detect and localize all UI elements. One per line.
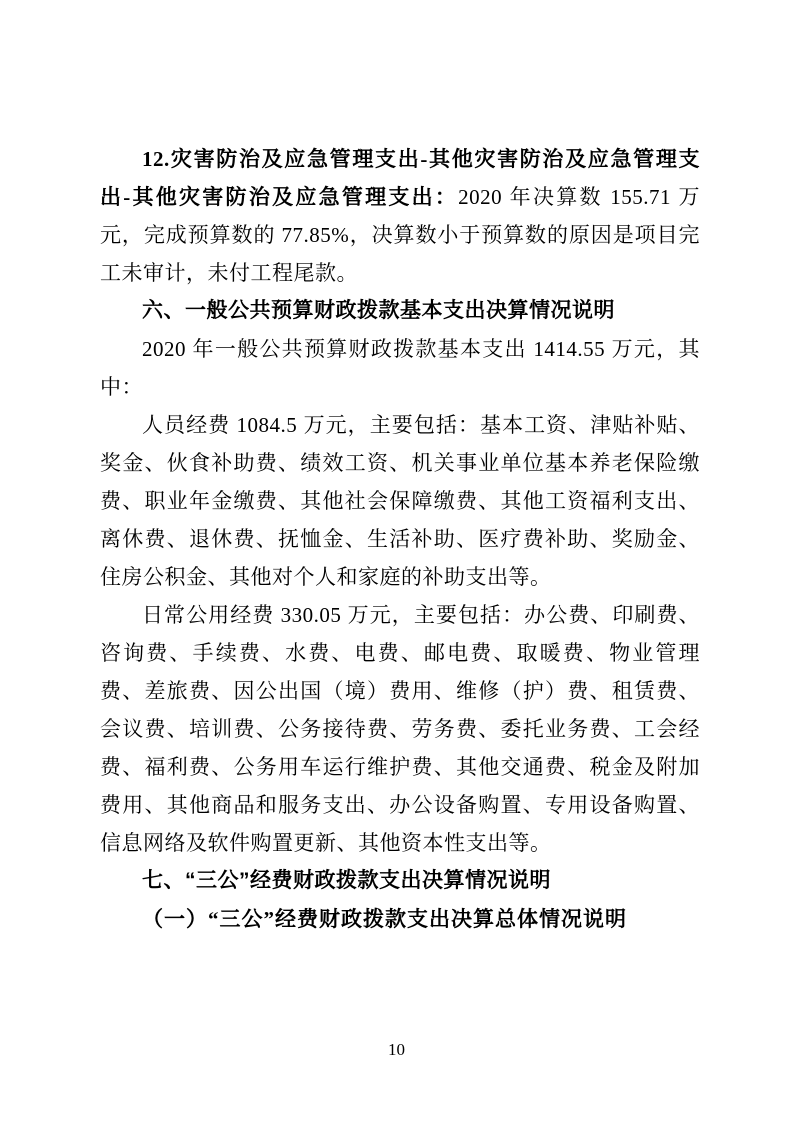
paragraph-item-12: 12.灾害防治及应急管理支出-其他灾害防治及应急管理支出-其他灾害防治及应急管理… — [100, 140, 700, 292]
document-body: 12.灾害防治及应急管理支出-其他灾害防治及应急管理支出-其他灾害防治及应急管理… — [100, 140, 700, 938]
document-page: 12.灾害防治及应急管理支出-其他灾害防治及应急管理支出-其他灾害防治及应急管理… — [0, 0, 793, 1122]
section-heading-7: 七、“三公”经费财政拨款支出决算情况说明 — [100, 862, 700, 900]
paragraph-daily-public-expense: 日常公用经费 330.05 万元，主要包括：办公费、印刷费、咨询费、手续费、水费… — [100, 596, 700, 862]
subsection-heading-7-1: （一）“三公”经费财政拨款支出决算总体情况说明 — [100, 900, 700, 938]
paragraph-personnel-expense: 人员经费 1084.5 万元，主要包括：基本工资、津贴补贴、奖金、伙食补助费、绩… — [100, 406, 700, 596]
paragraph-basic-expense-total: 2020 年一般公共预算财政拨款基本支出 1414.55 万元，其中： — [100, 330, 700, 406]
section-heading-6: 六、一般公共预算财政拨款基本支出决算情况说明 — [100, 292, 700, 330]
page-number: 10 — [0, 1040, 793, 1060]
